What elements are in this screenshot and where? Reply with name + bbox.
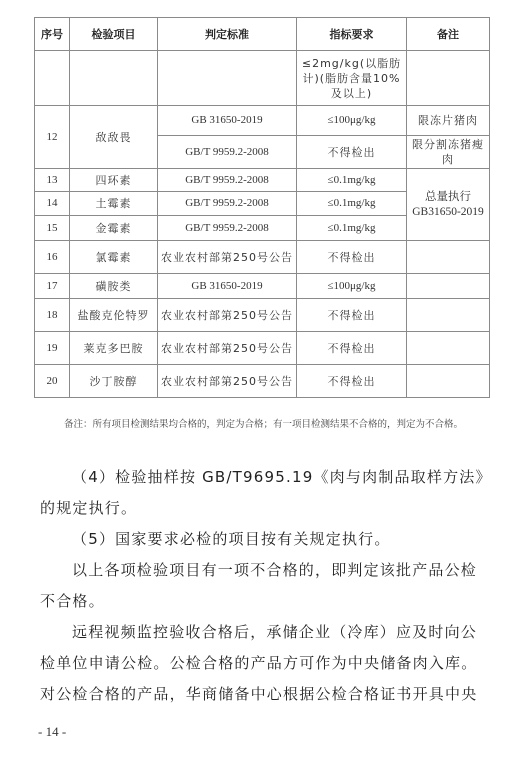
inspection-table: 序号 检验项目 判定标准 指标要求 备注 ≤2mg/kg(以脂肪计)(脂肪含量1…	[34, 17, 490, 398]
paragraph-sampling: （4）检验抽样按 GB/T9695.19《肉与肉制品取样方法》的规定执行。	[40, 462, 492, 524]
paragraph-judgement: 以上各项检验项目有一项不合格的，即判定该批产品公检不合格。	[40, 555, 492, 617]
table-row: ≤2mg/kg(以脂肪计)(脂肪含量10%及以上)	[35, 51, 490, 106]
seq-cell: 18	[35, 299, 70, 332]
remark-cell	[407, 365, 490, 398]
remark-cell: 限冻片猪肉	[407, 106, 490, 136]
standard-cell: GB/T 9959.2-2008	[158, 169, 297, 192]
header-standard: 判定标准	[158, 18, 297, 51]
requirement-cell: ≤100μg/kg	[297, 106, 407, 136]
requirement-cell: 不得检出	[297, 365, 407, 398]
seq-cell: 15	[35, 216, 70, 241]
remark-cell	[407, 241, 490, 274]
standard-cell: 农业农村部第250号公告	[158, 241, 297, 274]
item-cell: 沙丁胺醇	[70, 365, 158, 398]
item-cell: 盐酸克伦特罗	[70, 299, 158, 332]
requirement-cell: 不得检出	[297, 299, 407, 332]
standard-cell: GB/T 9959.2-2008	[158, 192, 297, 216]
item-cell: 土霉素	[70, 192, 158, 216]
table-header-row: 序号 检验项目 判定标准 指标要求 备注	[35, 18, 490, 51]
item-cell: 四环素	[70, 169, 158, 192]
requirement-cell: ≤0.1mg/kg	[297, 169, 407, 192]
item-cell: 金霉素	[70, 216, 158, 241]
standard-cell: 农业农村部第250号公告	[158, 299, 297, 332]
table-row: 19 莱克多巴胺 农业农村部第250号公告 不得检出	[35, 332, 490, 365]
standard-cell: GB 31650-2019	[158, 106, 297, 136]
seq-cell: 19	[35, 332, 70, 365]
table-row: 20 沙丁胺醇 农业农村部第250号公告 不得检出	[35, 365, 490, 398]
seq-cell: 13	[35, 169, 70, 192]
requirement-cell: ≤0.1mg/kg	[297, 192, 407, 216]
requirement-cell: ≤100μg/kg	[297, 274, 407, 299]
remark-cell: 限分割冻猪瘦肉	[407, 136, 490, 169]
remark-cell	[407, 274, 490, 299]
paragraph-acceptance: 远程视频监控验收合格后，承储企业（冷库）应及时向公检单位申请公检。公检合格的产品…	[40, 617, 492, 710]
table-row: 17 磺胺类 GB 31650-2019 ≤100μg/kg	[35, 274, 490, 299]
item-cell: 莱克多巴胺	[70, 332, 158, 365]
header-item: 检验项目	[70, 18, 158, 51]
table-row: 18 盐酸克伦特罗 农业农村部第250号公告 不得检出	[35, 299, 490, 332]
merged-remark-cell: 总量执行GB31650-2019	[407, 169, 490, 241]
table-row: 12 敌敌畏 GB 31650-2019 ≤100μg/kg 限冻片猪肉	[35, 106, 490, 136]
paragraph-mandatory: （5）国家要求必检的项目按有关规定执行。	[40, 524, 492, 555]
table-row: 13 四环素 GB/T 9959.2-2008 ≤0.1mg/kg 总量执行GB…	[35, 169, 490, 192]
item-cell: 氯霉素	[70, 241, 158, 274]
header-remark: 备注	[407, 18, 490, 51]
standard-cell: GB/T 9959.2-2008	[158, 136, 297, 169]
requirement-cell: 不得检出	[297, 136, 407, 169]
requirement-cell: 不得检出	[297, 332, 407, 365]
remark-cell	[407, 299, 490, 332]
seq-cell: 12	[35, 106, 70, 169]
remark-cell	[407, 332, 490, 365]
standard-cell: GB 31650-2019	[158, 274, 297, 299]
requirement-cell: ≤2mg/kg(以脂肪计)(脂肪含量10%及以上)	[297, 51, 407, 106]
seq-cell: 20	[35, 365, 70, 398]
requirement-cell: 不得检出	[297, 241, 407, 274]
requirement-cell: ≤0.1mg/kg	[297, 216, 407, 241]
standard-cell: 农业农村部第250号公告	[158, 332, 297, 365]
seq-cell: 14	[35, 192, 70, 216]
table-row: 16 氯霉素 农业农村部第250号公告 不得检出	[35, 241, 490, 274]
item-cell: 磺胺类	[70, 274, 158, 299]
standard-cell: 农业农村部第250号公告	[158, 365, 297, 398]
page-number: - 14 -	[38, 724, 66, 740]
table-note: 备注：所有项目检测结果均合格的，判定为合格；有一项目检测结果不合格的，判定为不合…	[42, 408, 497, 441]
header-seq: 序号	[35, 18, 70, 51]
seq-cell: 17	[35, 274, 70, 299]
seq-cell: 16	[35, 241, 70, 274]
item-cell: 敌敌畏	[70, 106, 158, 169]
header-requirement: 指标要求	[297, 18, 407, 51]
standard-cell: GB/T 9959.2-2008	[158, 216, 297, 241]
